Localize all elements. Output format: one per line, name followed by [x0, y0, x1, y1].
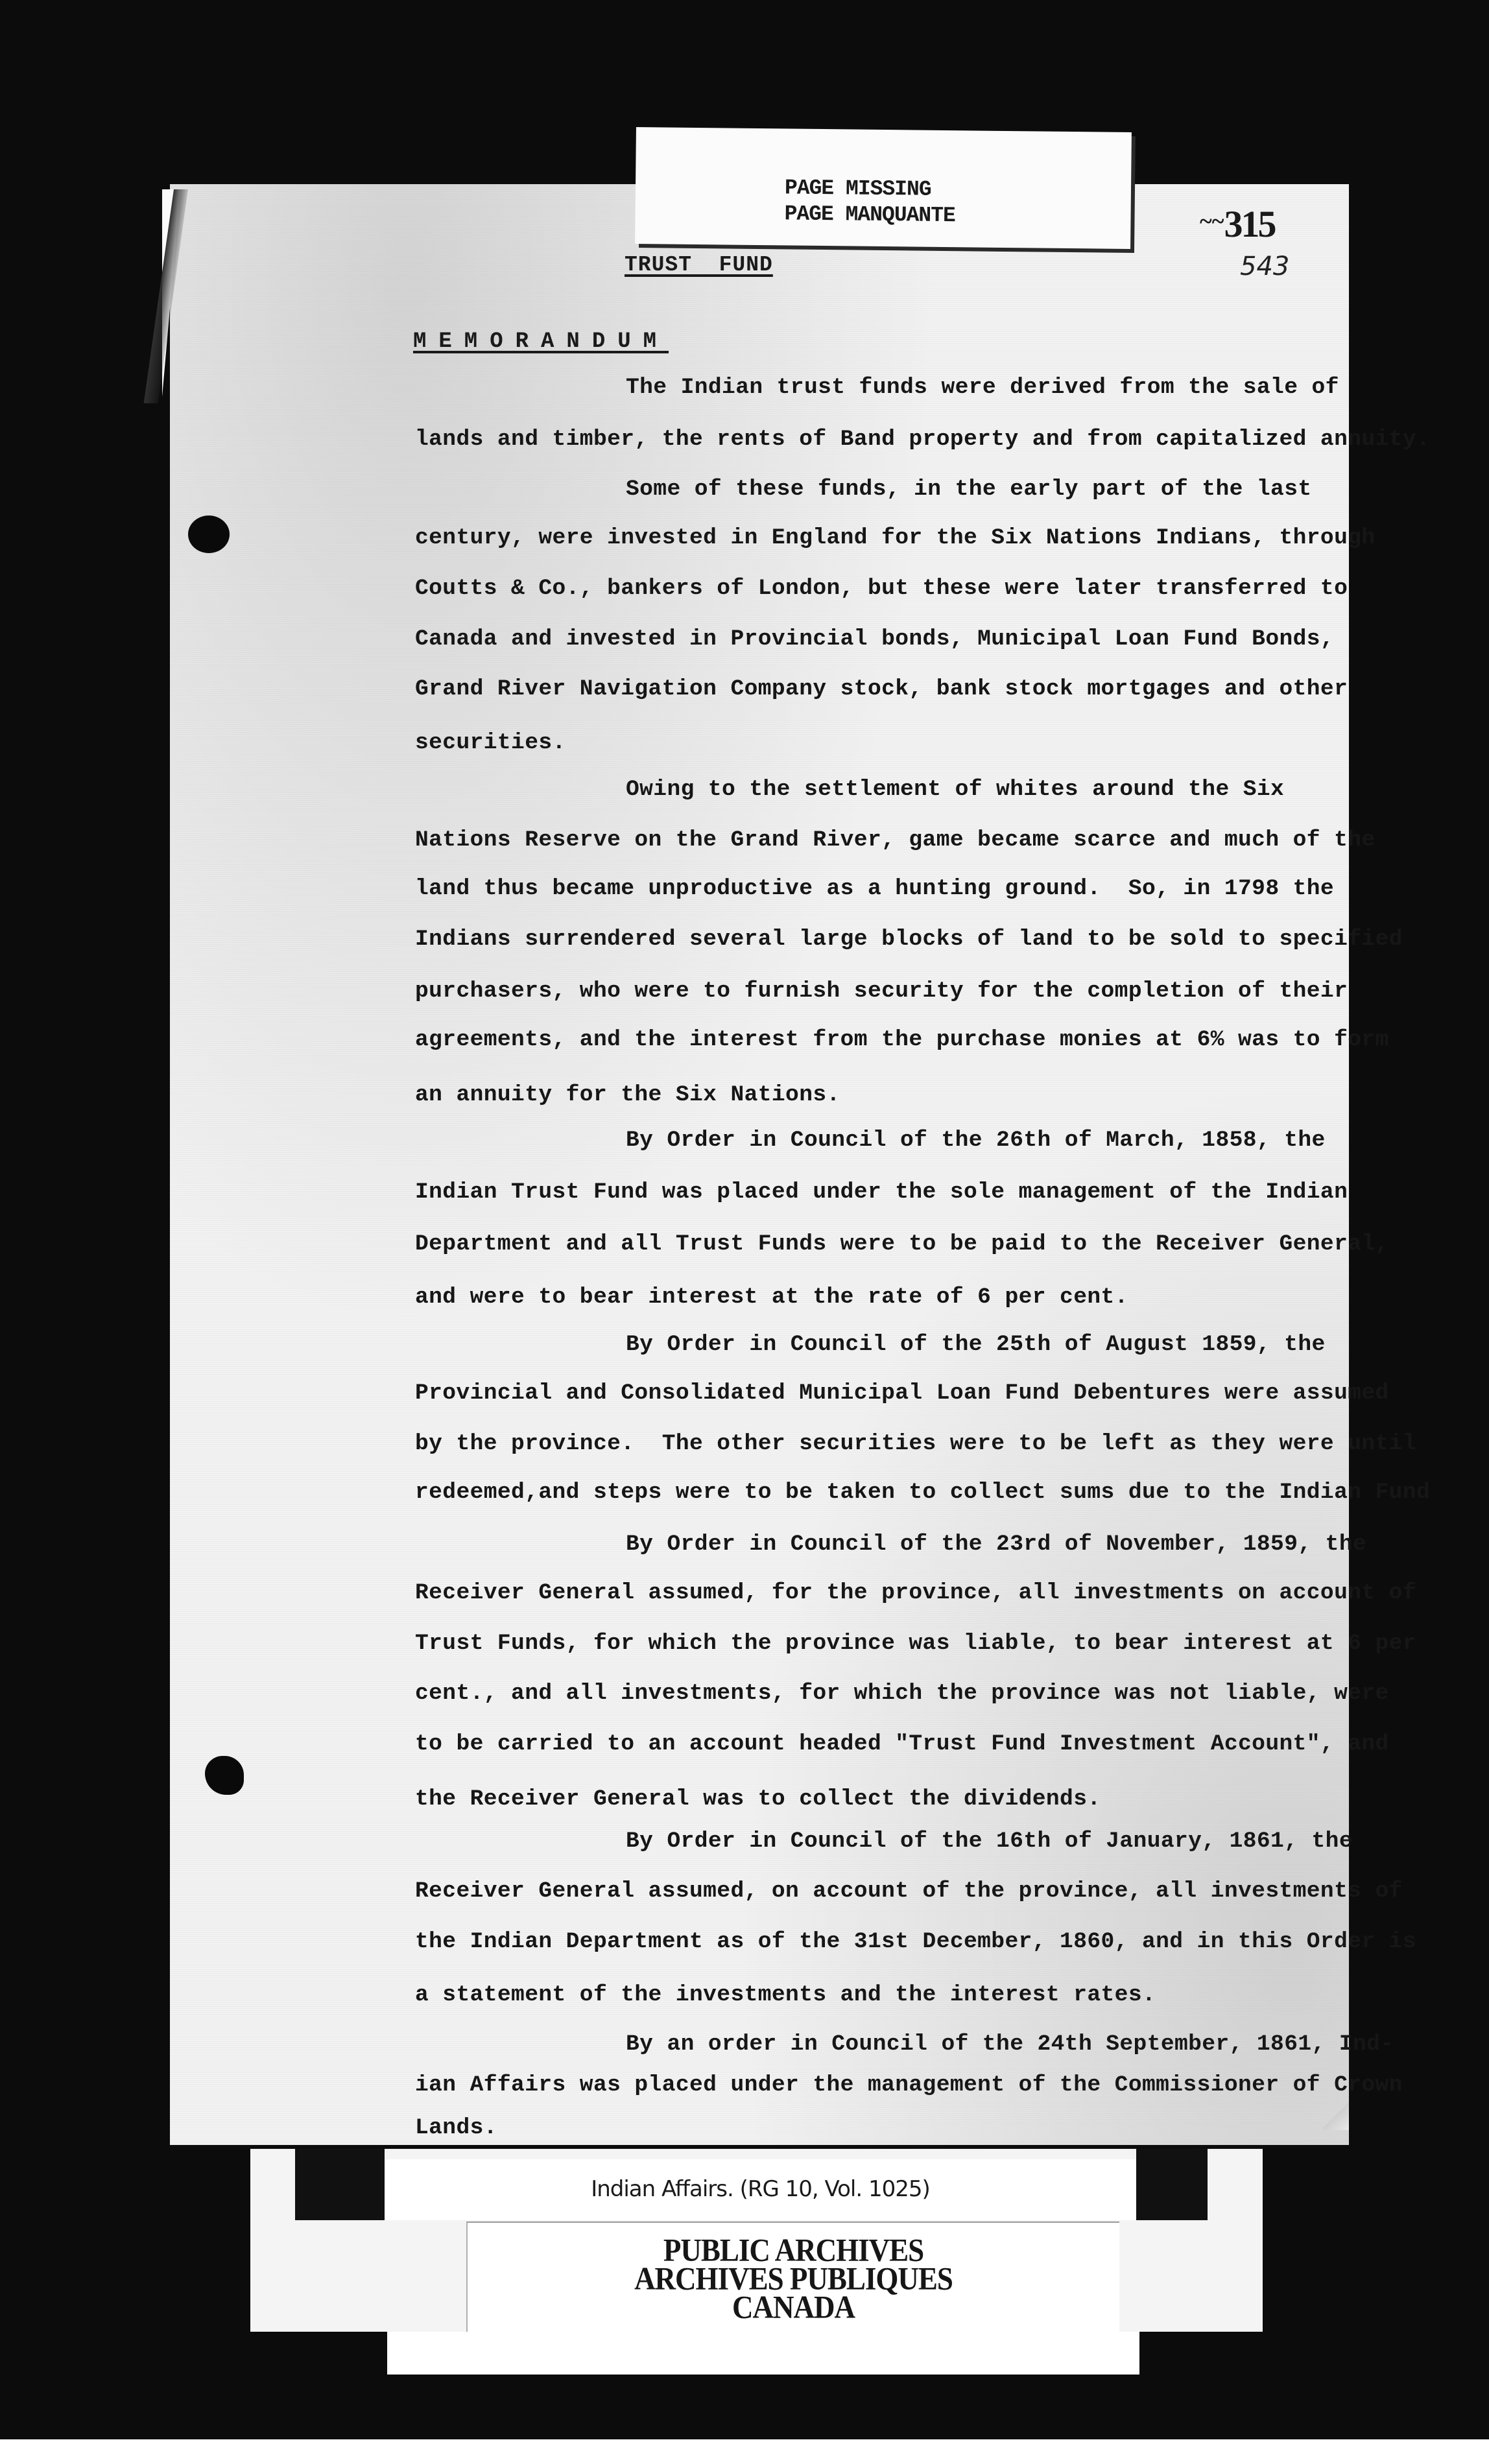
- memorandum-line: purchasers, who were to furnish security…: [415, 978, 1348, 1004]
- memorandum-line: By Order in Council of the 25th of Augus…: [626, 1332, 1326, 1358]
- memorandum-line: Owing to the settlement of whites around…: [626, 777, 1284, 803]
- memorandum-line: land thus became unproductive as a hunti…: [415, 876, 1334, 902]
- memorandum-line: Trust Funds, for which the province was …: [415, 1631, 1416, 1657]
- memorandum-line: Canada and invested in Provincial bonds,…: [415, 626, 1334, 652]
- section-heading: TRUST FUND: [625, 253, 773, 277]
- memorandum-line: securities.: [415, 730, 566, 756]
- folio-stamped-value: 315: [1224, 203, 1274, 245]
- memorandum-line: Indians surrendered several large blocks…: [415, 927, 1403, 953]
- scan-bottom-margin: [0, 2439, 1489, 2464]
- memorandum-line: redeemed,and steps were to be taken to c…: [415, 1480, 1430, 1506]
- memorandum-line: By an order in Council of the 24th Septe…: [626, 2032, 1394, 2057]
- folio-number-stamped: ~~315: [1200, 202, 1274, 246]
- curled-corner: [1323, 2101, 1349, 2130]
- memorandum-line: By Order in Council of the 23rd of Novem…: [626, 1532, 1366, 1558]
- memorandum-line: The Indian trust funds were derived from…: [626, 375, 1339, 401]
- memorandum-line: an annuity for the Six Nations.: [415, 1082, 840, 1108]
- memorandum-line: Coutts & Co., bankers of London, but the…: [415, 576, 1348, 602]
- memorandum-line: Some of these funds, in the early part o…: [626, 477, 1312, 503]
- stamp-line-en: PUBLIC ARCHIVES: [468, 2236, 1119, 2264]
- memorandum-line: By Order in Council of the 16th of Janua…: [626, 1829, 1353, 1854]
- memorandum-line: By Order in Council of the 26th of March…: [626, 1128, 1326, 1154]
- archive-reference-label: Indian Affairs. (RG 10, Vol. 1025): [385, 2159, 1136, 2220]
- page-missing-en: PAGE MISSING: [785, 176, 931, 201]
- archive-label-lower: [387, 2332, 1139, 2375]
- memorandum-line: Department and all Trust Funds were to b…: [415, 1231, 1389, 1257]
- archive-reference-text: Indian Affairs. (RG 10, Vol. 1025): [385, 2176, 1136, 2202]
- stamp-line-country: CANADA: [468, 2293, 1119, 2321]
- stamp-line-fr: ARCHIVES PUBLIQUES: [468, 2264, 1119, 2293]
- memorandum-line: a statement of the investments and the i…: [415, 1982, 1156, 2008]
- binding-hole-top: [188, 515, 230, 553]
- memorandum-line: ian Affairs was placed under the managem…: [415, 2072, 1403, 2098]
- memorandum-line: Provincial and Consolidated Municipal Lo…: [415, 1380, 1389, 1406]
- memorandum-line: Nations Reserve on the Grand River, game…: [415, 827, 1376, 853]
- memorandum-line: lands and timber, the rents of Band prop…: [415, 427, 1430, 453]
- memorandum-line: and were to bear interest at the rate of…: [415, 1285, 1128, 1310]
- public-archives-stamp-text: PUBLIC ARCHIVES ARCHIVES PUBLIQUES CANAD…: [468, 2236, 1119, 2321]
- memorandum-line: Receiver General assumed, for the provin…: [415, 1580, 1416, 1606]
- memorandum-line: cent., and all investments, for which th…: [415, 1681, 1389, 1707]
- memorandum-line: the Receiver General was to collect the …: [415, 1786, 1101, 1812]
- memorandum-line: agreements, and the interest from the pu…: [415, 1027, 1389, 1053]
- archive-label-shadow: [295, 2149, 385, 2220]
- memorandum-line: Lands.: [415, 2115, 497, 2141]
- memorandum-line: Receiver General assumed, on account of …: [415, 1878, 1403, 1904]
- page-missing-fr: PAGE MANQUANTE: [784, 202, 955, 228]
- memorandum-line: Grand River Navigation Company stock, ba…: [415, 676, 1348, 702]
- memorandum-line: the Indian Department as of the 31st Dec…: [415, 1929, 1416, 1955]
- memorandum-line: Indian Trust Fund was placed under the s…: [415, 1179, 1348, 1205]
- memorandum-line: to be carried to an account headed "Trus…: [415, 1731, 1389, 1757]
- public-archives-stamp: PUBLIC ARCHIVES ARCHIVES PUBLIQUES CANAD…: [466, 2221, 1119, 2332]
- memorandum-line: century, were invested in England for th…: [415, 525, 1376, 551]
- memorandum-line: by the province. The other securities we…: [415, 1431, 1416, 1457]
- archive-label-shadow: [1136, 2149, 1208, 2220]
- page-missing-sticker: PAGE MISSING PAGE MANQUANTE: [635, 127, 1132, 249]
- page-missing-text: PAGE MISSING PAGE MANQUANTE: [784, 175, 955, 229]
- folio-number-handwritten: 543: [1240, 252, 1289, 281]
- document-title: MEMORANDUM: [413, 329, 669, 354]
